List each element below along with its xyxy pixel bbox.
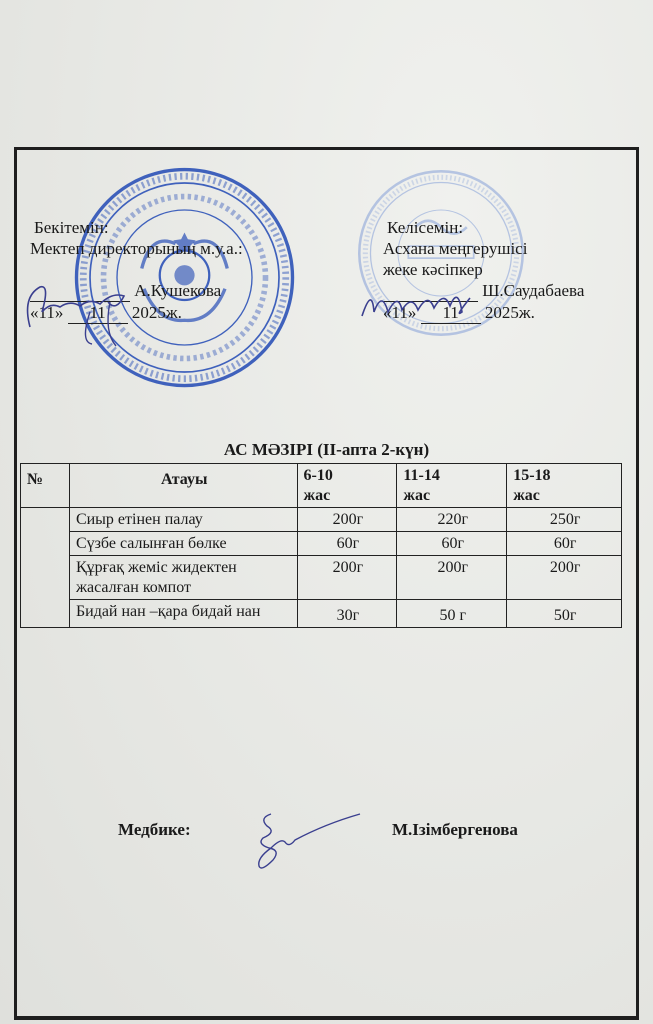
dish-name: Сиыр етінен палау [69,508,297,532]
portion-11-14: 60г [397,532,507,556]
portion-15-18: 50г [507,600,622,628]
portion-11-14: 200г [397,556,507,600]
menu-table: № Атауы 6-10жас 11-14жас 15-18жас Сиыр е… [20,463,622,628]
approver-name: А.Кушекова [134,281,221,300]
header-age-unit: жас [513,486,617,506]
table-row: Сүзбе салынған бөлке 60г 60г 60г [21,532,622,556]
approver-position: Мектеп директорының м.у.а.: [30,238,243,259]
portion-6-10: 200г [297,508,397,532]
dish-name: Құрғақ жеміс жидектен жасалған компот [69,556,297,600]
header-age-unit: жас [304,486,393,506]
row-number-cell [21,508,70,628]
header-number: № [21,464,70,508]
header-age-unit: жас [403,486,502,506]
menu-title: АС МӘЗІРІ (ІІ-апта 2-күн) [0,440,653,460]
approval-date-month: 11 [68,302,128,324]
header-age-6-10: 6-10жас [297,464,397,508]
dish-name: Бидай нан –қара бидай нан [69,600,297,628]
portion-6-10: 200г [297,556,397,600]
portion-15-18: 200г [507,556,622,600]
approval-block-caterer: Келісемін: Асхана меңгерушісі жеке кәсіп… [383,217,584,324]
table-row: Сиыр етінен палау 200г 220г 250г [21,508,622,532]
approval-heading: Бекітемін: [30,217,243,238]
portion-15-18: 250г [507,508,622,532]
nurse-label: Медбике: [118,820,191,840]
agreement-date-year: 2025ж. [485,303,535,322]
portion-11-14: 220г [397,508,507,532]
portion-6-10: 60г [297,532,397,556]
header-age-11-14: 11-14жас [397,464,507,508]
agreement-date-month: 11 [421,302,481,324]
agreer-position-line1: Асхана меңгерушісі [383,238,584,259]
agreement-date-day: «11» [383,303,416,322]
header-name: Атауы [69,464,297,508]
agreer-position-line2: жеке кәсіпкер [383,259,584,280]
nurse-name: М.Ізімбергенова [392,820,518,840]
header-age-range: 6-10 [304,466,393,486]
agreer-name: Ш.Саудабаева [482,281,584,300]
header-age-range: 11-14 [403,466,502,486]
portion-6-10: 30г [297,600,397,628]
table-row: Бидай нан –қара бидай нан 30г 50 г 50г [21,600,622,628]
dish-name: Сүзбе салынған бөлке [69,532,297,556]
portion-11-14: 50 г [397,600,507,628]
table-row: Құрғақ жеміс жидектен жасалған компот 20… [21,556,622,600]
approval-block-director: Бекітемін: Мектеп директорының м.у.а.: А… [30,217,243,324]
approval-date-day: «11» [30,303,63,322]
signature-line [383,280,478,302]
header-age-15-18: 15-18жас [507,464,622,508]
approval-date-year: 2025ж. [132,303,182,322]
header-age-range: 15-18 [513,466,617,486]
signature-line [30,280,130,302]
agreement-heading: Келісемін: [383,217,584,238]
portion-15-18: 60г [507,532,622,556]
table-header-row: № Атауы 6-10жас 11-14жас 15-18жас [21,464,622,508]
